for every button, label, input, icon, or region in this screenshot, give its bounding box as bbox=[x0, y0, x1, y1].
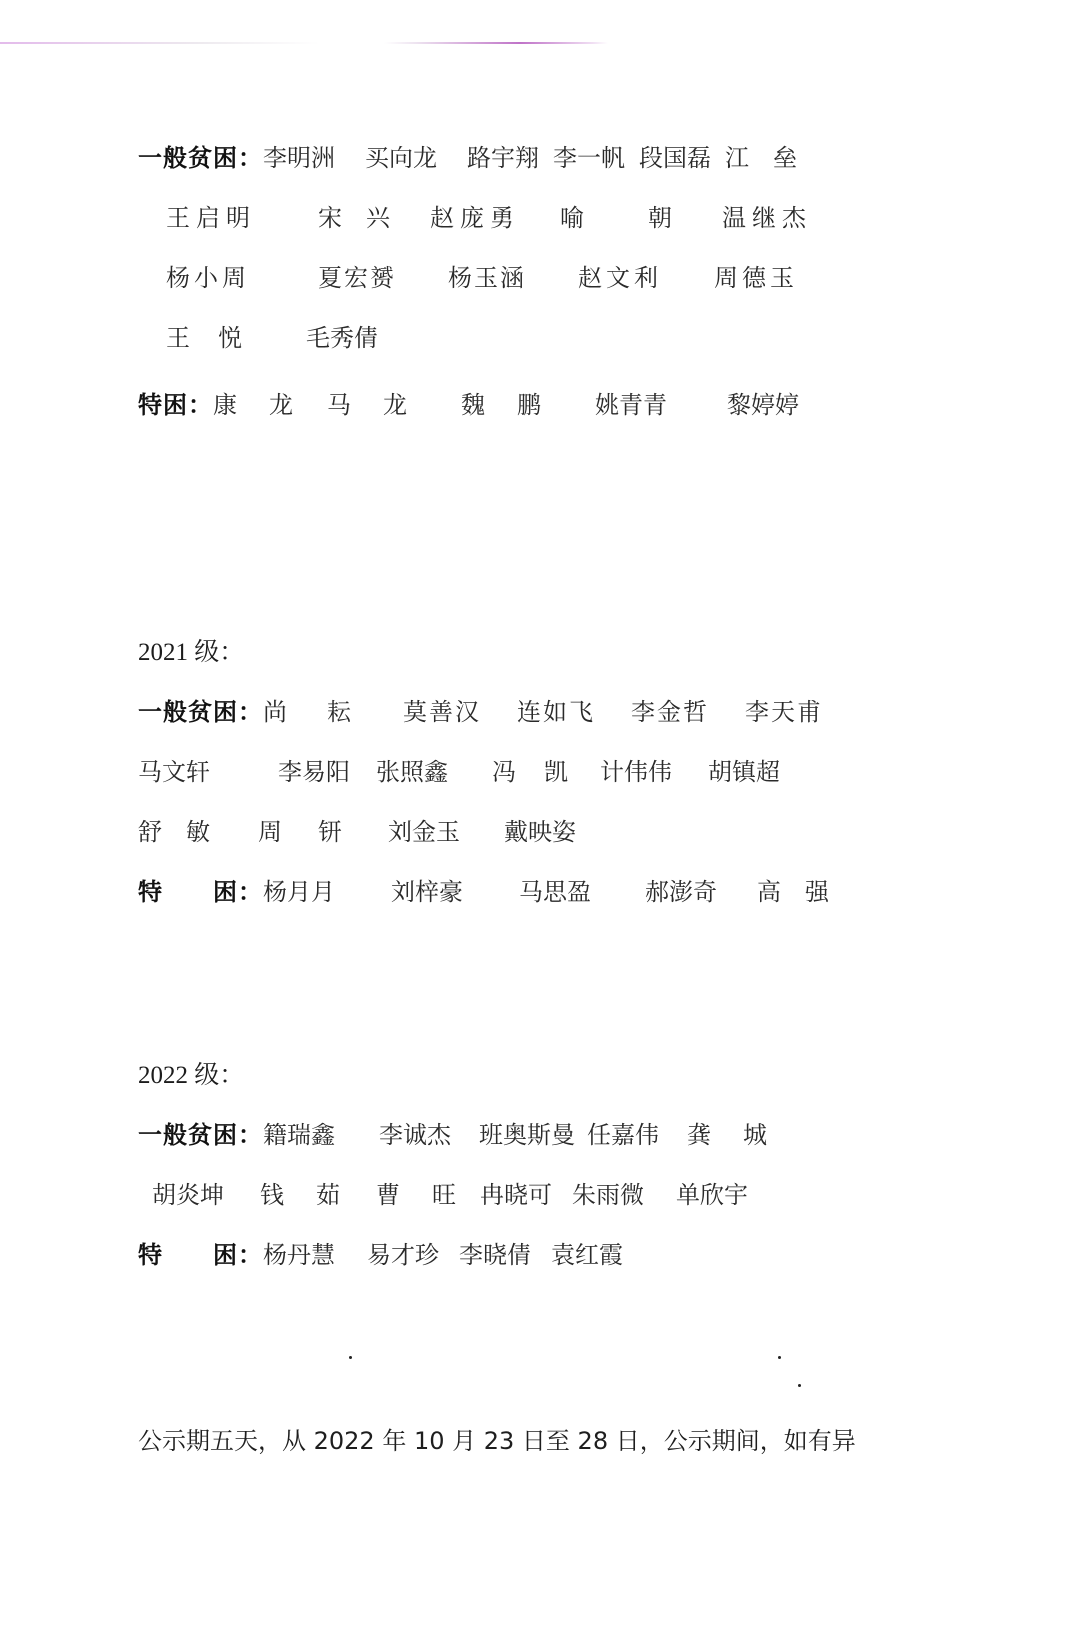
student-name: 钱 茹 bbox=[260, 1180, 344, 1210]
student-name: 张照鑫 bbox=[376, 757, 448, 787]
student-name: 李金哲 bbox=[631, 697, 709, 727]
student-name: 龚 城 bbox=[687, 1120, 771, 1150]
list-2021-general-row-1: 一般贫困：尚 耘莫善汉连如飞李金哲李天甫 bbox=[138, 697, 823, 727]
student-name: 刘梓豪 bbox=[391, 877, 463, 907]
student-name: 李明洲 bbox=[263, 143, 335, 173]
student-name: 刘金玉 bbox=[388, 817, 460, 847]
student-name: 赵庞勇 bbox=[430, 203, 520, 233]
student-name: 冯 凯 bbox=[492, 757, 570, 787]
student-name: 周德玉 bbox=[714, 263, 798, 293]
student-name: 高 强 bbox=[757, 877, 829, 907]
student-name: 冉晓可 bbox=[480, 1180, 552, 1210]
student-name: 杨月月 bbox=[263, 877, 335, 907]
section-2021-header: 2021 级： bbox=[138, 637, 244, 667]
student-name: 夏宏赟 bbox=[318, 263, 396, 293]
student-name: 宋 兴 bbox=[318, 203, 390, 233]
scan-speck bbox=[349, 1356, 352, 1359]
student-name: 王 悦 bbox=[166, 323, 244, 353]
student-name: 马 龙 bbox=[327, 390, 411, 420]
student-name: 黎婷婷 bbox=[727, 390, 799, 420]
student-name: 连如飞 bbox=[517, 697, 595, 727]
label-general-hardship: 一般贫困： bbox=[138, 144, 263, 172]
student-name: 李晓倩 bbox=[459, 1240, 531, 1270]
student-name: 李诚杰 bbox=[379, 1120, 451, 1150]
student-name: 李易阳 bbox=[278, 757, 350, 787]
student-name: 杨玉涵 bbox=[448, 263, 526, 293]
student-name: 莫善汉 bbox=[403, 697, 481, 727]
student-name: 段国磊 bbox=[639, 143, 711, 173]
student-name: 单欣宇 bbox=[676, 1180, 748, 1210]
student-name: 易才珍 bbox=[367, 1240, 439, 1270]
student-name: 李一帆 bbox=[553, 143, 625, 173]
student-name: 温继杰 bbox=[722, 203, 812, 233]
student-name: 路宇翔 bbox=[467, 143, 539, 173]
section-2022-header: 2022 级： bbox=[138, 1060, 244, 1090]
list-2020-general-row-2: 王启明宋 兴赵庞勇喻 朝温继杰 bbox=[166, 203, 812, 233]
label-special-hardship: 特 困： bbox=[138, 878, 263, 906]
student-name: 喻 朝 bbox=[560, 203, 692, 233]
student-name: 朱雨微 bbox=[572, 1180, 644, 1210]
student-name: 康 龙 bbox=[213, 390, 297, 420]
list-2021-general-row-3: 舒 敏周 钘刘金玉戴映姿 bbox=[138, 817, 576, 847]
notice-text: 公示期五天，从 2022 年 10 月 23 日至 28 日，公示期间，如有异 bbox=[138, 1427, 856, 1455]
list-2020-general-row-4: 王 悦毛秀倩 bbox=[166, 323, 378, 353]
list-2022-special: 特 困：杨丹慧易才珍李晓倩袁红霞 bbox=[138, 1240, 623, 1270]
label-general-hardship: 一般贫困： bbox=[138, 1121, 263, 1149]
student-name: 计伟伟 bbox=[600, 757, 672, 787]
student-name: 王启明 bbox=[166, 203, 256, 233]
student-name: 杨丹慧 bbox=[263, 1240, 335, 1270]
student-name: 马文轩 bbox=[138, 757, 210, 787]
student-name: 胡炎坤 bbox=[152, 1180, 224, 1210]
list-2021-special: 特 困：杨月月刘梓豪马思盈郝澎奇高 强 bbox=[138, 877, 829, 907]
list-2022-general-row-2: 胡炎坤钱 茹曹 旺冉晓可朱雨微单欣宇 bbox=[152, 1180, 748, 1210]
grade-header: 2022 级： bbox=[138, 1062, 244, 1089]
student-name: 买向龙 bbox=[365, 143, 437, 173]
label-special-hardship: 特 困： bbox=[138, 1241, 263, 1269]
scan-speck bbox=[798, 1384, 801, 1387]
student-name: 曹 旺 bbox=[376, 1180, 460, 1210]
list-2020-special: 特困：康 龙马 龙魏 鹏姚青青黎婷婷 bbox=[138, 390, 799, 420]
student-name: 毛秀倩 bbox=[306, 323, 378, 353]
student-name: 班奥斯曼 bbox=[479, 1120, 575, 1150]
student-name: 马思盈 bbox=[519, 877, 591, 907]
grade-header: 2021 级： bbox=[138, 639, 244, 666]
list-2022-general-row-1: 一般贫困：籍瑞鑫李诚杰班奥斯曼任嘉伟龚 城 bbox=[138, 1120, 771, 1150]
student-name: 魏 鹏 bbox=[461, 390, 545, 420]
list-2020-general-row-1: 一般贫困：李明洲买向龙路宇翔李一帆段国磊江 垒 bbox=[138, 143, 797, 173]
scan-edge-line bbox=[0, 42, 800, 44]
label-general-hardship: 一般贫困： bbox=[138, 698, 263, 726]
student-name: 赵文利 bbox=[578, 263, 662, 293]
student-name: 尚 耘 bbox=[263, 697, 359, 727]
student-name: 李天甫 bbox=[745, 697, 823, 727]
student-name: 江 垒 bbox=[725, 143, 797, 173]
list-2021-general-row-2: 马文轩李易阳张照鑫冯 凯计伟伟胡镇超 bbox=[138, 757, 780, 787]
student-name: 周 钘 bbox=[258, 817, 348, 847]
student-name: 戴映姿 bbox=[504, 817, 576, 847]
student-name: 姚青青 bbox=[595, 390, 667, 420]
student-name: 杨小周 bbox=[166, 263, 250, 293]
label-special-hardship: 特困： bbox=[138, 391, 213, 419]
student-name: 舒 敏 bbox=[138, 817, 210, 847]
student-name: 任嘉伟 bbox=[587, 1120, 659, 1150]
student-name: 胡镇超 bbox=[708, 757, 780, 787]
publicity-notice: 公示期五天，从 2022 年 10 月 23 日至 28 日，公示期间，如有异 bbox=[138, 1426, 856, 1456]
student-name: 籍瑞鑫 bbox=[263, 1120, 335, 1150]
list-2020-general-row-3: 杨小周夏宏赟杨玉涵赵文利周德玉 bbox=[166, 263, 798, 293]
student-name: 袁红霞 bbox=[551, 1240, 623, 1270]
student-name: 郝澎奇 bbox=[645, 877, 717, 907]
scan-speck bbox=[778, 1356, 781, 1359]
